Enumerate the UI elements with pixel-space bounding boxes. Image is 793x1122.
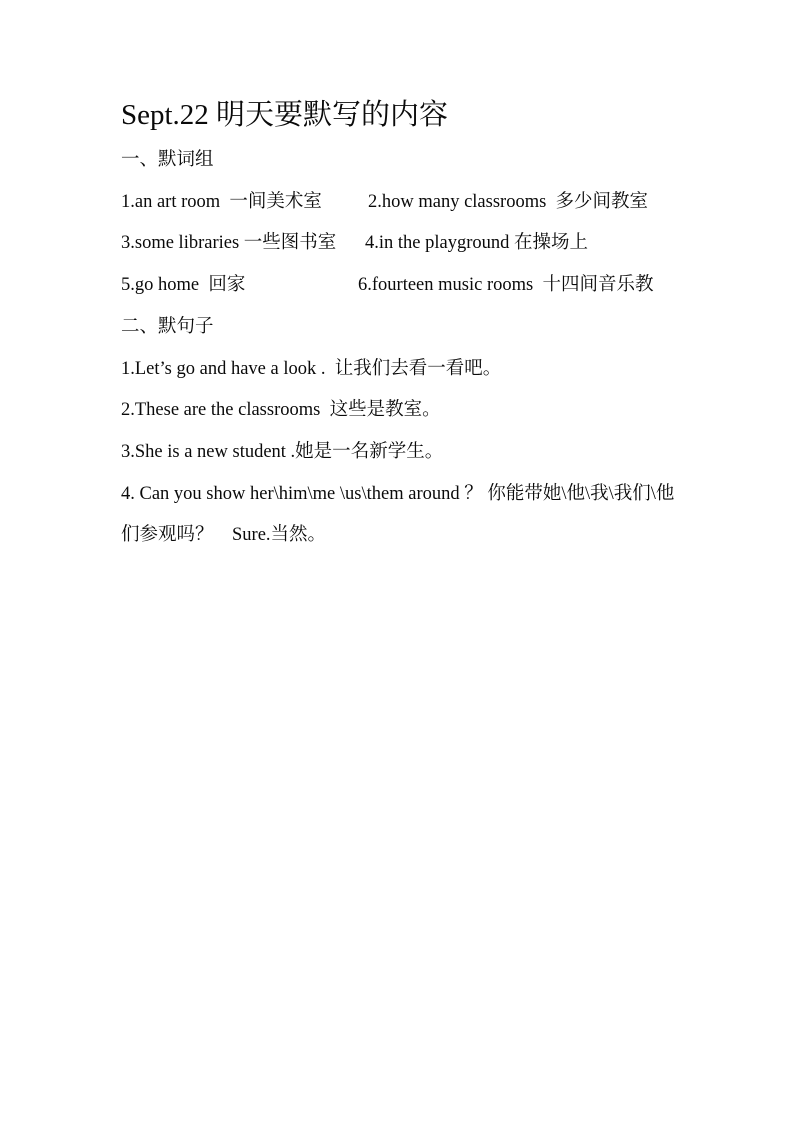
document-page: Sept.22 明天要默写的内容 一、默词组 1.an art room 一间美… (0, 0, 793, 1122)
document-body: 一、默词组 1.an art room 一间美术室2.how many clas… (121, 140, 723, 557)
section-heading-phrases: 一、默词组 (121, 140, 723, 182)
phrase-item-4: 4.in the playground 在操场上 (365, 233, 588, 253)
phrase-item-1: 1.an art room 一间美术室 (121, 182, 368, 224)
sentence-line-1: 1.Let’s go and have a look . 让我们去看一看吧。 (121, 349, 723, 391)
page-title: Sept.22 明天要默写的内容 (121, 99, 723, 132)
phrase-row: 5.go home 回家6.fourteen music rooms 十四间音乐… (121, 265, 723, 307)
sentence-line-3: 3.She is a new student .她是一名新学生。 (121, 432, 723, 474)
section-heading-sentences: 二、默句子 (121, 307, 723, 349)
phrase-item-5: 5.go home 回家 (121, 265, 358, 307)
sentence-line-2: 2.These are the classrooms 这些是教室。 (121, 390, 723, 432)
phrase-item-6: 6.fourteen music rooms 十四间音乐教 (358, 275, 653, 295)
sentence-line-4-continued: 们参观吗？ Sure.当然。 (121, 515, 723, 557)
sentence-line-4: 4. Can you show her\him\me \us\them arou… (121, 474, 723, 516)
phrase-item-3: 3.some libraries 一些图书室 (121, 223, 365, 265)
phrase-item-2: 2.how many classrooms 多少间教室 (368, 192, 648, 212)
phrase-row: 1.an art room 一间美术室2.how many classrooms… (121, 182, 723, 224)
phrase-row: 3.some libraries 一些图书室4.in the playgroun… (121, 223, 723, 265)
